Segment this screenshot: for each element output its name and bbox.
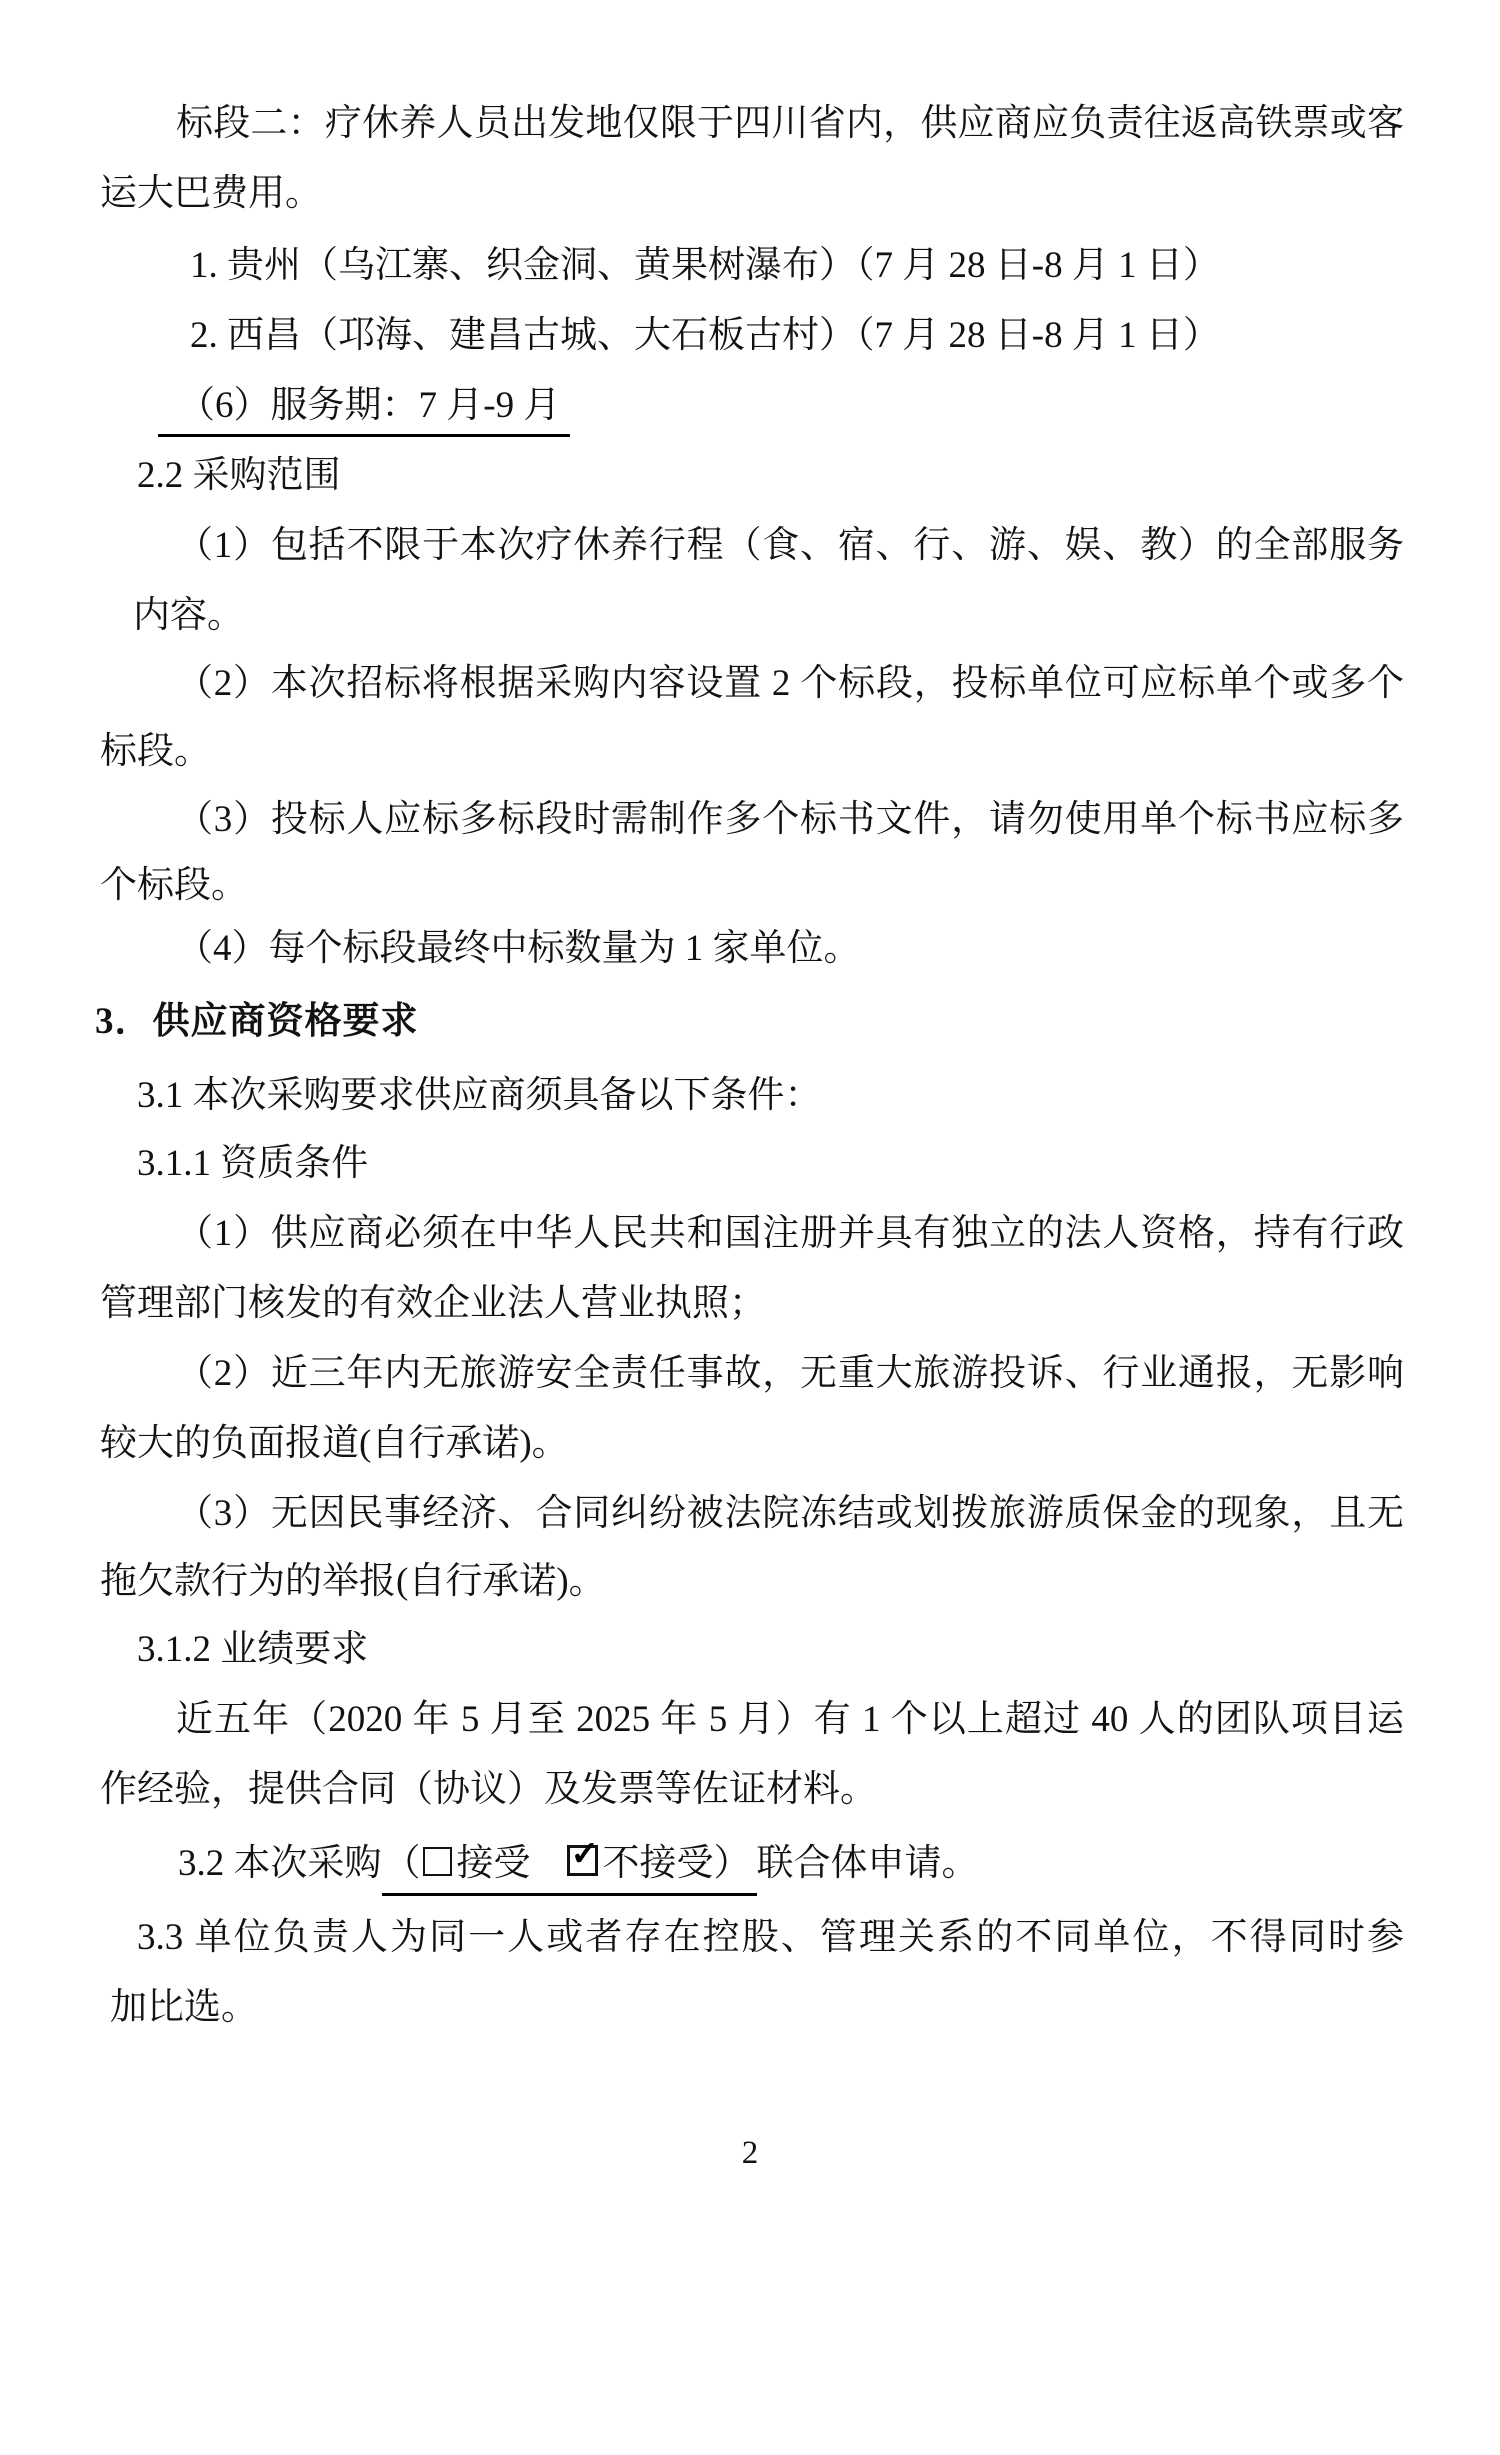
clause-2-2-4: （4）每个标段最终中标数量为 1 家单位。 [176,925,861,977]
clause-2-2-3-line1: （3）投标人应标多标段时需制作多个标书文件，请勿使用单个标书应标多 [176,796,1404,848]
clause-3-2-acceptance: 3.2 本次采购（接受✓不接受）联合体申请。 [178,1840,979,1892]
para-lot2-line2: 运大巴费用。 [100,170,322,222]
clause-3-1-1-1-line1: （1）供应商必须在中华人民共和国注册并具有独立的法人资格，持有行政 [176,1210,1404,1262]
clause-2-2-2-line1: （2）本次招标将根据采购内容设置 2 个标段，投标单位可应标单个或多个 [176,660,1404,712]
list-item-guizhou: 1. 贵州（乌江寨、织金洞、黄果树瀑布）（7 月 28 日-8 月 1 日） [190,242,1220,294]
clause-3-2-prefix: 3.2 本次采购 [178,1843,382,1884]
clause-3-1-1-3-line2: 拖欠款行为的举报(自行承诺)。 [100,1558,606,1610]
clause-2-2-1-line1: （1）包括不限于本次疗休养行程（食、宿、行、游、娱、教）的全部服务 [176,522,1404,574]
check-icon: ✓ [571,1838,600,1872]
service-period-underlined-underlined: （6）服务期：7 月-9 月 [158,382,570,437]
clause-2-2-1-line2: 内容。 [133,592,244,644]
clause-3-1-1-3-line1: （3）无因民事经济、合同纠纷被法院冻结或划拨旅游质保金的现象，且无 [176,1490,1404,1542]
list-item-xichang: 2. 西昌（邛海、建昌古城、大石板古村）（7 月 28 日-8 月 1 日） [190,312,1220,364]
clause-3-1-1-1-line2: 管理部门核发的有效企业法人营业执照； [100,1280,766,1332]
clause-3-1: 3.1 本次采购要求供应商须具备以下条件： [137,1072,822,1124]
para-lot2-line1: 标段二：疗休养人员出发地仅限于四川省内，供应商应负责往返高铁票或客 [176,100,1404,152]
clause-3-3-line2: 加比选。 [110,1984,258,2036]
heading-3-1-1: 3.1.1 资质条件 [137,1140,368,1192]
heading-3-1-2: 3.1.2 业绩要求 [137,1626,368,1678]
clause-3-3-line1: 3.3 单位负责人为同一人或者存在控股、管理关系的不同单位，不得同时参 [137,1914,1404,1966]
heading-3-supplier-qualification: 3．供应商资格要求 [95,998,419,1050]
checkbox-accept-unchecked [423,1847,452,1876]
service-period-underlined: （6）服务期：7 月-9 月 [178,382,570,434]
paren-open: （ [384,1843,421,1884]
para-performance-line2: 作经验，提供合同（协议）及发票等佐证材料。 [100,1766,877,1818]
clause-3-2-suffix: 联合体申请。 [757,1843,979,1884]
acceptance-underline-group: （接受✓不接受） [382,1840,757,1896]
para-performance-line1: 近五年（2020 年 5 月至 2025 年 5 月）有 1 个以上超过 40 … [176,1696,1404,1748]
clause-3-1-1-2-line1: （2）近三年内无旅游安全责任事故，无重大旅游投诉、行业通报，无影响 [176,1350,1404,1402]
heading-2-2-scope: 2.2 采购范围 [137,452,341,504]
checkbox-not-accept-checked: ✓ [567,1845,598,1876]
clause-3-1-1-2-line2: 较大的负面报道(自行承诺)。 [100,1420,569,1472]
clause-2-2-2-line2: 标段。 [100,728,211,780]
clause-2-2-3-line2: 个标段。 [100,862,248,914]
not-accept-label: 不接受） [603,1843,751,1884]
page-number: 2 [0,2135,1500,2172]
accept-label: 接受 [457,1843,531,1884]
document-page: 标段二：疗休养人员出发地仅限于四川省内，供应商应负责往返高铁票或客运大巴费用。1… [0,0,1500,2455]
